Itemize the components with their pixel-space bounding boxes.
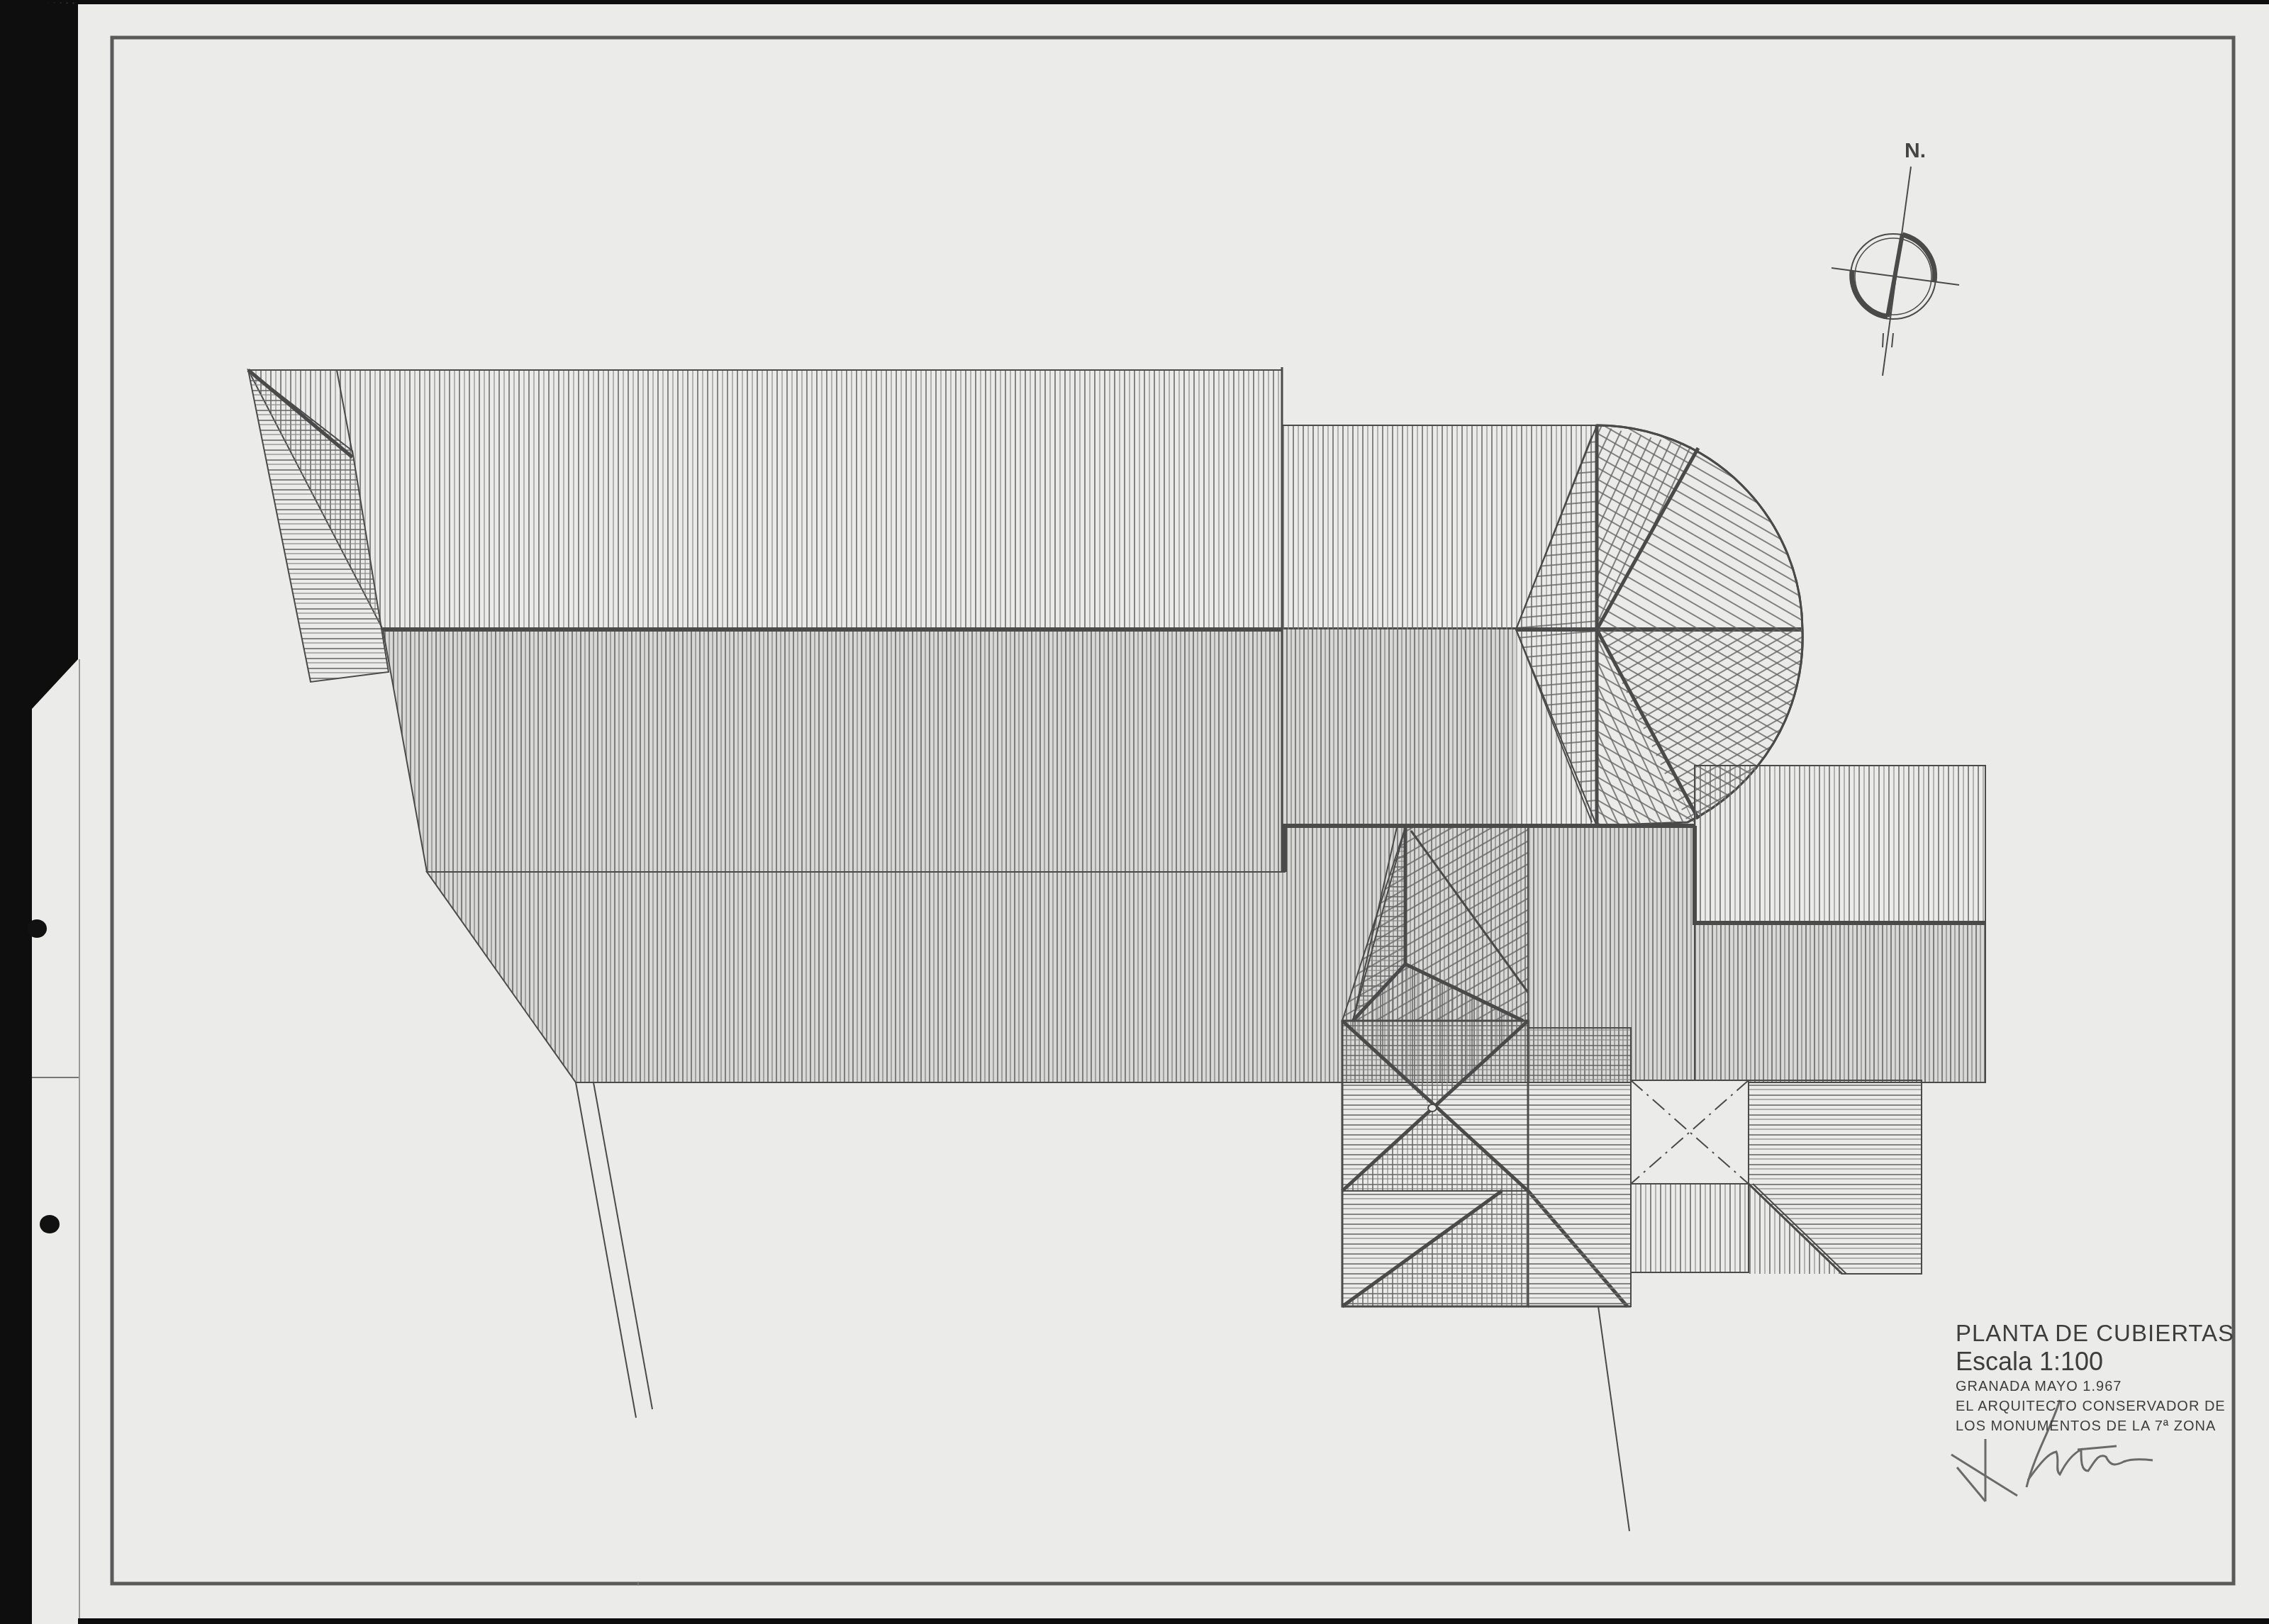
courtyard [1631,1080,1749,1184]
north-label: N. [1905,139,1926,163]
drawing-author-line1: EL ARQUITECTO CONSERVADOR DE [1956,1396,2232,1416]
punch-hole [40,1215,60,1233]
drawing-title: PLANTA DE CUBIERTAS [1956,1320,2232,1347]
punch-hole [27,919,47,938]
drawing-scale: Escala 1:100 [1956,1347,2232,1377]
title-block: PLANTA DE CUBIERTAS Escala 1:100 GRANADA… [1956,1320,2232,1436]
drawing-sheet [0,0,2269,1624]
roof-plan-drawing [0,0,2269,1624]
drawing-author-line2: LOS MONUMENTOS DE LA 7ª ZONA [1956,1416,2232,1436]
drawing-place-date: GRANADA MAYO 1.967 [1956,1377,2232,1396]
